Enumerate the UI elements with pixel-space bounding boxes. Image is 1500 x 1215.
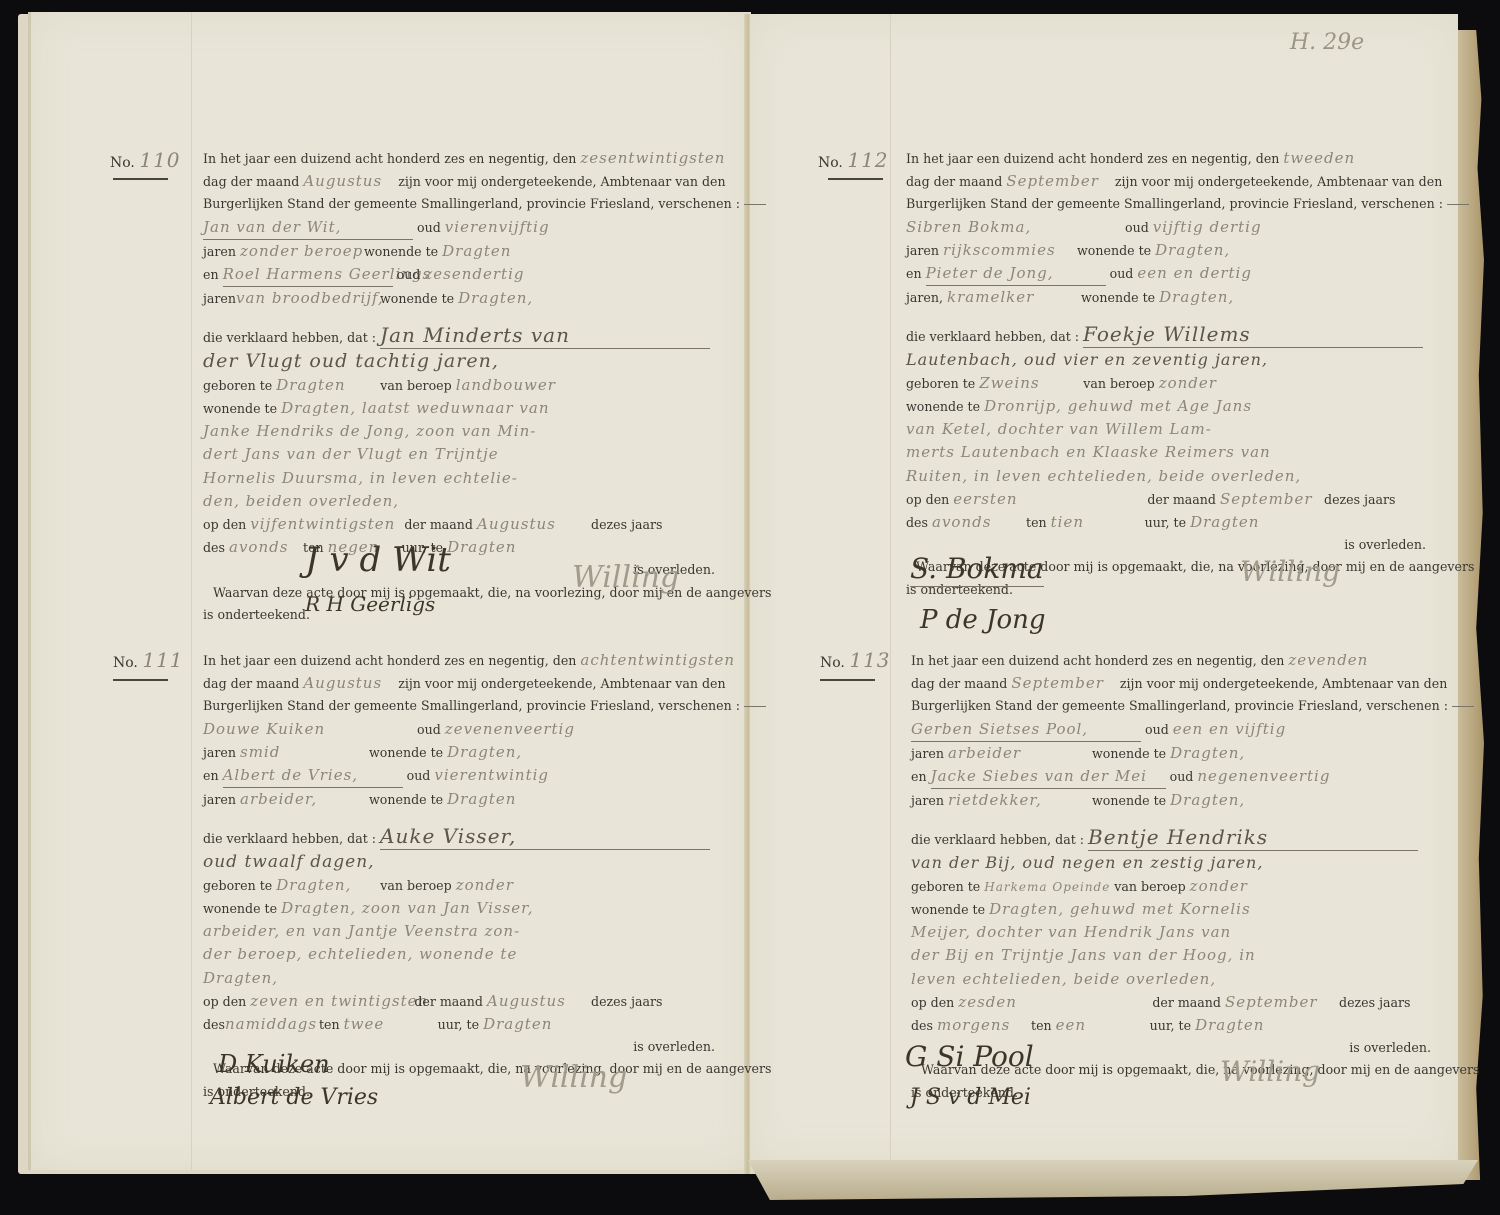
margin-rule [890,14,891,1164]
corner-annotation: H. 29e [1290,30,1364,55]
witness2-name: Roel Harmens Geerlings [223,263,393,287]
signature-witness2: J S v d Mei [910,1085,1031,1110]
record-number: No. 113 [820,648,891,672]
record-body: In het jaar een duizend acht honderd zes… [203,147,715,626]
signature-witness1: D Kuiken [218,1050,330,1078]
page-curl [748,1160,1478,1200]
signature-witness1: J v d Wit [305,540,451,580]
frayed-page-edges [1458,30,1484,1180]
record-body: In het jaar een duizend acht honderd zes… [906,147,1426,601]
signature-witness1: S. Bokma [910,552,1044,587]
signature-official: Willing [572,560,679,595]
field-month: Augustus [303,172,382,190]
record-body: In het jaar een duizend acht honderd zes… [911,649,1431,1104]
signature-witness2: R H Geerligs [305,592,435,616]
record-body: In het jaar een duizend acht honderd zes… [203,649,715,1103]
signature-witness2: P de Jong [920,605,1046,635]
deceased-name: Jan Minderts van [380,324,710,348]
record-number: No. 111 [113,648,184,672]
margin-rule [191,12,192,1170]
record-number: No. 110 [110,148,181,172]
signature-witness1: G Si Pool [905,1040,1034,1073]
signature-official: Willing [1220,1055,1320,1088]
field-day: zesentwintigsten [580,149,725,167]
signature-witness2: Albert de Vries [210,1085,378,1110]
signature-official: Willing [520,1060,627,1095]
witness1-name: Jan van der Wit, [203,216,413,240]
record-number: No. 112 [818,148,889,172]
signature-official: Willing [1240,555,1340,588]
